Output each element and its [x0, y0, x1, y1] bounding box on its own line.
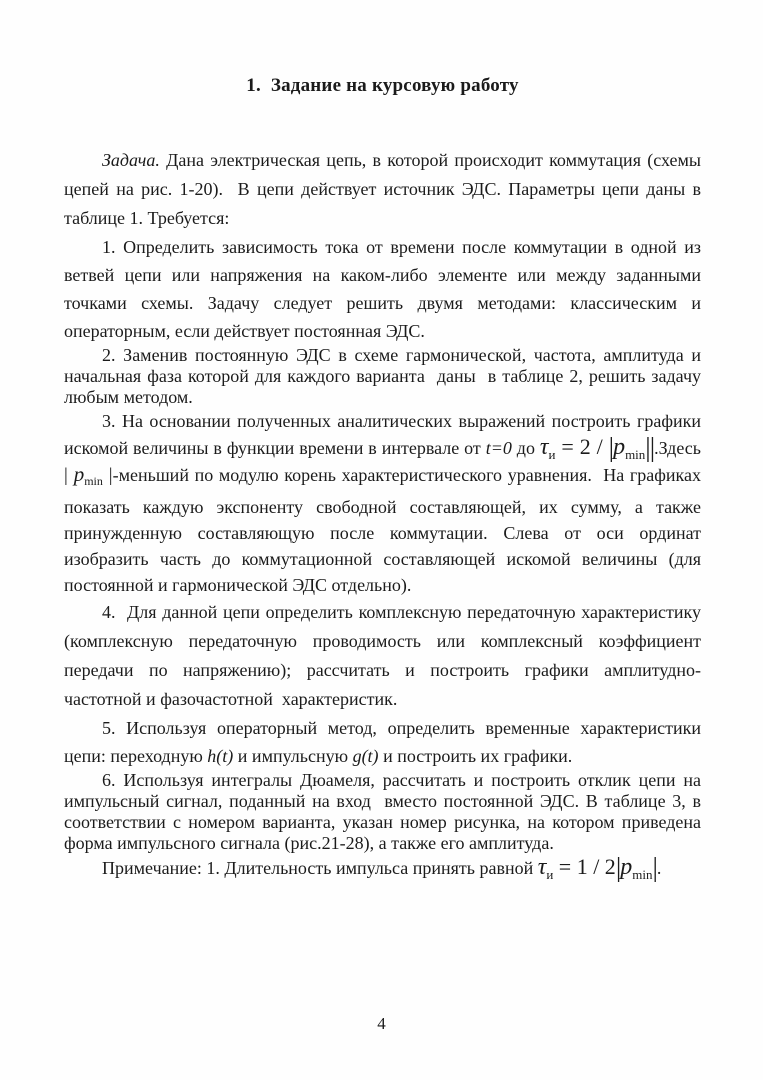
equals-one-over-two: = 1 / 2	[553, 854, 616, 879]
abs-bar-close: ||	[645, 432, 654, 462]
formula-tau-half-pmin: τи = 1 / 2|pmin|.	[538, 854, 662, 880]
pmin-bar-open: |	[64, 465, 74, 486]
pmin-token: | pmin |	[64, 465, 113, 486]
page-title: 1. Задание на курсовую работу	[64, 71, 701, 100]
paragraph-item2: 2. Заменив постоянную ЭДС в схеме гармон…	[64, 345, 701, 408]
p-symbol: p	[620, 854, 632, 880]
item3-t-equals-zero: t=0	[486, 438, 512, 458]
g-of-t-symbol: g(t)	[353, 746, 379, 766]
formula-period: .	[657, 858, 662, 878]
item6-text: 6. Используя интегралы Дюамеля, рассчита…	[64, 770, 701, 853]
item1-text: 1. Определить зависимость тока от времен…	[64, 237, 701, 341]
paragraph-item5: 5. Используя операторный метод, определи…	[64, 714, 701, 770]
item3-text-d: -меньший по модулю корень характеристиче…	[64, 465, 701, 595]
equals-two-over: = 2 /	[555, 434, 608, 459]
h-of-t-symbol: h(t)	[207, 746, 233, 766]
p-subscript-min: min	[625, 447, 645, 462]
p-symbol: p	[613, 434, 625, 460]
item3-text-c: Здесь	[659, 438, 701, 458]
pmin-subscript: min	[84, 474, 103, 488]
paragraph-item3: 3. На основании полученных аналитических…	[64, 408, 701, 598]
item3-text-b: до	[512, 438, 540, 458]
note-text: Примечание: 1. Длительность импульса при…	[102, 858, 538, 878]
paragraph-note: Примечание: 1. Длительность импульса при…	[64, 854, 701, 883]
intro-lead-word: Задача.	[102, 150, 160, 170]
intro-text: Дана электрическая цепь, в которой проис…	[64, 150, 701, 228]
page-number: 4	[0, 1014, 763, 1034]
item5-text-c: и построить их графики.	[379, 746, 573, 766]
document-page: 1. Задание на курсовую работу Задача. Да…	[0, 0, 763, 1080]
p-subscript-min: min	[632, 867, 652, 882]
paragraph-item1: 1. Определить зависимость тока от времен…	[64, 233, 701, 345]
paragraph-item6: 6. Используя интегралы Дюамеля, рассчита…	[64, 770, 701, 854]
item5-text-b: и импульсную	[233, 746, 352, 766]
pmin-bar-close: |	[103, 465, 113, 486]
item4-text: 4. Для данной цепи определить комплексну…	[64, 602, 701, 709]
item2-text: 2. Заменив постоянную ЭДС в схеме гармон…	[64, 345, 701, 407]
paragraph-intro: Задача. Дана электрическая цепь, в котор…	[64, 146, 701, 233]
formula-tau-2-over-pmin: τи = 2 / |pmin||.	[540, 434, 659, 460]
paragraph-item4: 4. Для данной цепи определить комплексну…	[64, 598, 701, 714]
pmin-p-symbol: p	[74, 462, 85, 486]
